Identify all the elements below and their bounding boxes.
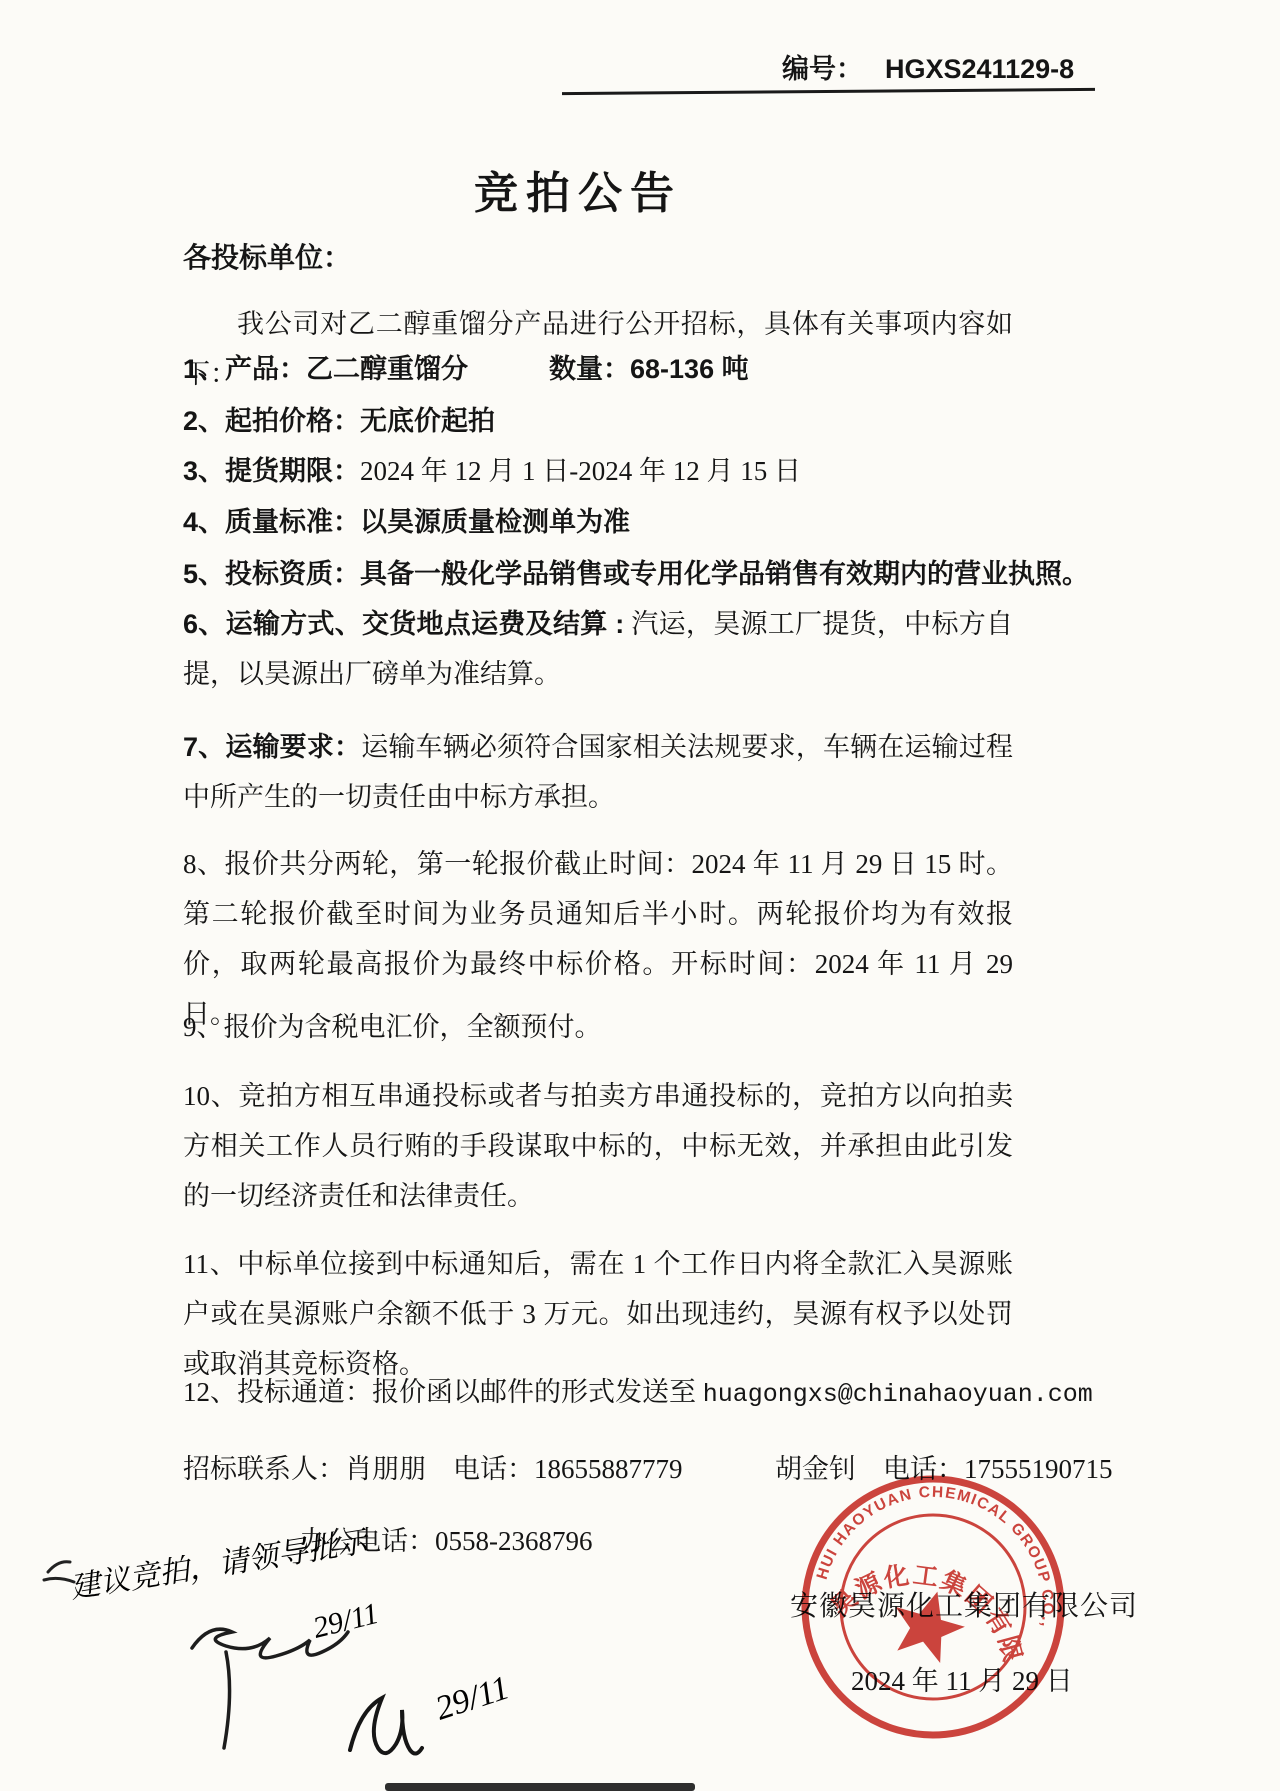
item-7-lead: 7、运输要求： bbox=[183, 732, 361, 762]
salutation: 各投标单位： bbox=[183, 236, 351, 276]
item-10-rest: 10、竞拍方相互串通投标或者与拍卖方串通投标的，竞拍方以向拍卖方相关工作人员行贿… bbox=[183, 1081, 1013, 1211]
item-9-rest: 9、报价为含税电汇价，全额预付。 bbox=[183, 1012, 602, 1042]
item-6: 6、运输方式、交货地点运费及结算 : 汽运，昊源工厂提货，中标方自提，以昊源出厂… bbox=[183, 599, 1013, 699]
item-9: 9、报价为含税电汇价，全额预付。 bbox=[183, 1002, 1013, 1052]
handwriting-signature-2 bbox=[350, 1698, 422, 1754]
item-4-lead: 4、质量标准：以昊源质量检测单为准 bbox=[183, 507, 630, 537]
item-6-lead: 6、运输方式、交货地点运费及结算 : bbox=[183, 609, 624, 639]
item-3-lead: 3、提货期限： bbox=[183, 456, 360, 486]
item-4: 4、质量标准：以昊源质量检测单为准 bbox=[183, 497, 1013, 547]
item-3-rest: 2024 年 12 月 1 日-2024 年 12 月 15 日 bbox=[360, 456, 801, 486]
item-1-lead: 1、产品：乙二醇重馏分 数量：68-136 吨 bbox=[183, 354, 749, 384]
header-rule bbox=[562, 88, 1095, 95]
item-5-lead: 5、投标资质：具备一般化学品销售或专用化学品销售有效期内的营业执照。 bbox=[183, 559, 1089, 589]
doc-number-row: 编号： HGXS241129-8 bbox=[782, 47, 1074, 86]
doc-number-label: 编号： bbox=[782, 47, 863, 86]
item-7: 7、运输要求：运输车辆必须符合国家相关法规要求，车辆在运输过程中所产生的一切责任… bbox=[183, 722, 1013, 822]
contact-primary: 招标联系人：肖朋朋 电话：18655887779 bbox=[183, 1444, 683, 1494]
handwritten-note-date: 29/11 bbox=[310, 1597, 382, 1645]
handwritten-signature-date: 29/11 bbox=[431, 1669, 514, 1727]
handwriting-layer: 建议竞拍，请领导批示 29/11 29/11 bbox=[20, 1520, 620, 1790]
item-5: 5、投标资质：具备一般化学品销售或专用化学品销售有效期内的营业执照。 bbox=[183, 549, 1013, 599]
item-12: 12、投标通道：报价函以邮件的形式发送至 huagongxs@chinahaoy… bbox=[183, 1367, 1013, 1420]
item-3: 3、提货期限：2024 年 12 月 1 日-2024 年 12 月 15 日 bbox=[183, 446, 1013, 496]
item-2: 2、起拍价格：无底价起拍 bbox=[183, 396, 1013, 446]
item-1: 1、产品：乙二醇重馏分 数量：68-136 吨 bbox=[183, 344, 1013, 394]
handwriting-signature-tail bbox=[224, 1652, 230, 1748]
page-title: 竞拍公告 bbox=[183, 157, 973, 221]
bid-email-address: huagongxs@chinahaoyuan.com bbox=[703, 1380, 1093, 1409]
handwritten-note: 建议竞拍，请领导批示 bbox=[68, 1525, 372, 1605]
item-11-rest: 11、中标单位接到中标通知后，需在 1 个工作日内将全款汇入昊源账户或在昊源账户… bbox=[183, 1249, 1013, 1379]
scanned-document-page: 编号： HGXS241129-8 竞拍公告 各投标单位： 我公司对乙二醇重馏分产… bbox=[0, 0, 1280, 1791]
item-10: 10、竞拍方相互串通投标或者与拍卖方串通投标的，竞拍方以向拍卖方相关工作人员行贿… bbox=[183, 1071, 1013, 1221]
item-2-lead: 2、起拍价格：无底价起拍 bbox=[183, 406, 495, 436]
doc-number-value: HGXS241129-8 bbox=[885, 54, 1074, 85]
scan-smudge bbox=[385, 1783, 695, 1791]
item-12-rest: 12、投标通道：报价函以邮件的形式发送至 bbox=[183, 1377, 703, 1407]
